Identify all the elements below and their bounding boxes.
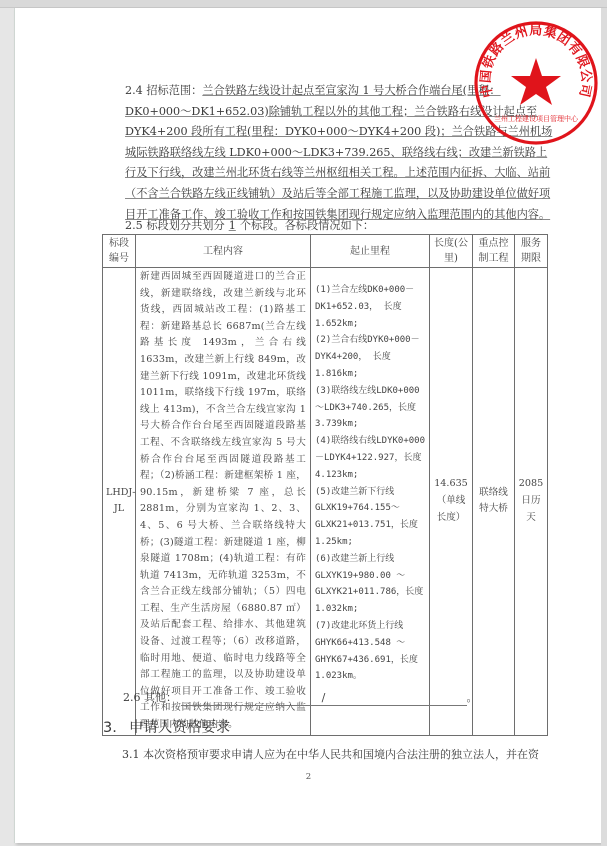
header-mileage: 起止里程	[311, 235, 430, 268]
section-2-4-label: 招标范围：	[146, 84, 202, 97]
star-icon	[511, 58, 561, 105]
heading-3-title: 申请人资格要求	[129, 720, 231, 736]
cell-service-period: 2085日历天	[515, 268, 548, 736]
bid-section-table: 标段编号 工程内容 起止里程 长度(公里) 重点控制工程 服务期限 LHDJ-J…	[102, 234, 548, 736]
document-page: 2.4 招标范围：兰合铁路左线设计起点至宣家沟 1 号大桥合作端台尾(里程：DK…	[14, 8, 602, 843]
section-3-1: 3.1 本次资格预审要求申请人应为在中华人民共和国境内合法注册的独立法人，并在资	[122, 745, 552, 766]
table-header-row: 标段编号 工程内容 起止里程 长度(公里) 重点控制工程 服务期限	[103, 235, 548, 268]
company-seal-stamp: 中国铁路兰州局集团有限公司 兰州工程建设项目管理中心	[471, 18, 601, 148]
section-2-6-number: 2.6	[123, 691, 141, 704]
section-2-6-end: 。	[467, 691, 478, 704]
mileage-item: (6)改建兰新上行线GLXYK19+980.00 ～GLXYK21+011.78…	[315, 551, 426, 618]
mileage-item: (7)改建北环货上行线GHYK66+413.548 ～GHYK67+436.69…	[315, 618, 426, 685]
seal-subtext: 兰州工程建设项目管理中心	[494, 114, 579, 123]
cell-section-no: LHDJ-JL	[103, 268, 136, 736]
header-key-project: 重点控制工程	[473, 235, 515, 268]
mileage-item: (5)改建兰新下行线GLXK19+764.155～GLXK21+013.751，…	[315, 484, 426, 551]
section-2-6: 2.6 其他： /。	[123, 688, 553, 709]
header-section-no: 标段编号	[103, 235, 136, 268]
mileage-item: (3)联络线左线LDK0+000～LDK3+740.265，长度3.739km;	[315, 383, 426, 433]
section-count: 1	[225, 219, 240, 232]
cell-length: 14.635（单线长度）	[430, 268, 473, 736]
scrollbar[interactable]	[601, 8, 607, 846]
page-number: 2	[15, 772, 602, 782]
header-content: 工程内容	[136, 235, 311, 268]
header-length: 长度(公里)	[430, 235, 473, 268]
section-2-5-number: 2.5	[125, 219, 143, 232]
mileage-item: (4)联络线右线LDYK0+000－LDYK4+122.927，长度4.123k…	[315, 433, 426, 483]
viewer-toolbar	[0, 0, 607, 8]
section-2-4-number: 2.4	[125, 84, 143, 97]
section-2-5-suffix: 个标段。各标段情况如下：	[240, 219, 374, 232]
mileage-item: (2)兰合右线DYK0+000－DYK4+200， 长度1.816km;	[315, 332, 426, 382]
section-3-1-text: 本次资格预审要求申请人应为在中华人民共和国境内合法注册的独立法人，并在资	[143, 748, 539, 761]
section-3-1-number: 3.1	[122, 748, 140, 761]
cell-mileage: (1)兰合左线DK0+000－DK1+652.03， 长度1.652km; (2…	[311, 268, 430, 736]
header-service-period: 服务期限	[515, 235, 548, 268]
heading-3-number: 3.	[103, 720, 117, 736]
table-row: LHDJ-JL 新建西固城至西固隧道进口的兰合正线，新建联络线，改建兰新线与北环…	[103, 268, 548, 736]
heading-3: 3.申请人资格要求	[103, 716, 230, 737]
mileage-item: (1)兰合左线DK0+000－DK1+652.03， 长度1.652km;	[315, 282, 426, 332]
cell-key-project: 联络线特大桥	[473, 268, 515, 736]
section-2-6-value: /	[181, 691, 467, 706]
cell-content: 新建西固城至西固隧道进口的兰合正线，新建联络线，改建兰新线与北环货线，西固城站改…	[136, 268, 311, 736]
section-2-6-label: 其他：	[144, 691, 177, 704]
section-2-5-prefix: 标段划分共划分	[146, 219, 224, 232]
